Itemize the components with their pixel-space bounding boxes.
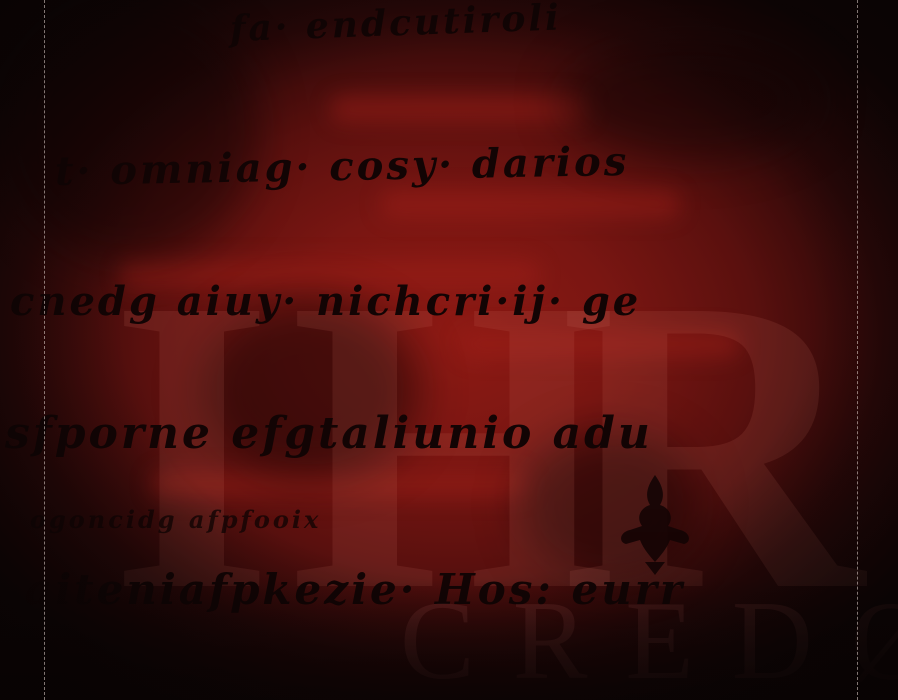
spine-fold-right xyxy=(857,0,859,700)
manuscript-line: cnedg aiuy· nichcri·ij· ge xyxy=(10,278,641,325)
manuscript-line: sfporne efgtaliunio adu xyxy=(5,408,653,459)
crest-emblem-icon xyxy=(600,470,710,580)
album-back-cover: I H R fa· endcutiroli t· omniag· cosy· d… xyxy=(0,0,898,700)
spine-fold-left xyxy=(44,0,46,700)
bottom-shadow xyxy=(0,580,898,700)
light-streak xyxy=(330,95,590,123)
manuscript-line: ogoncidg afpfooix xyxy=(30,505,321,534)
manuscript-line: fa· endcutiroli xyxy=(229,0,562,50)
manuscript-line: t· omniag· cosy· darios xyxy=(55,138,630,195)
